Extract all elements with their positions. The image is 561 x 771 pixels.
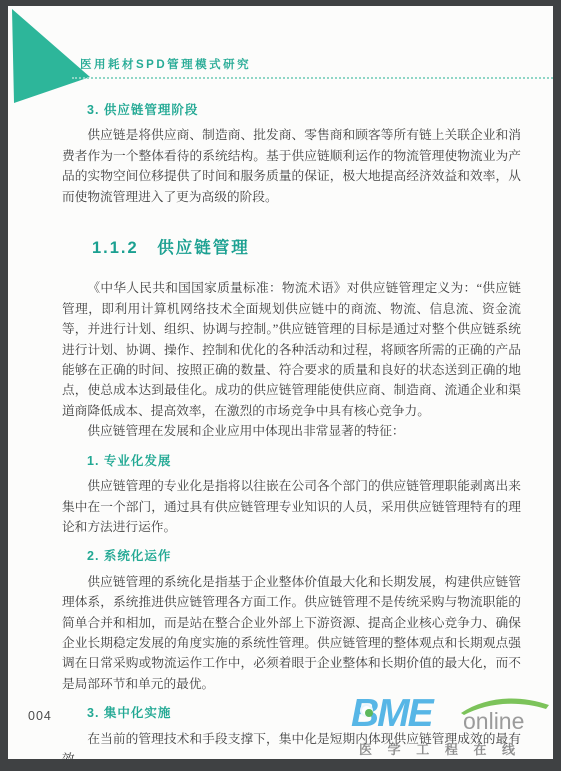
subheading-specialization: 1. 专业化发展 (62, 451, 521, 471)
online-logo-text: online (463, 709, 524, 733)
book-page: 医用耗材SPD管理模式研究 3. 供应链管理阶段 供应链是将供应商、制造商、批发… (8, 6, 553, 759)
paragraph-specialization: 供应链管理的专业化是指将以往嵌在公司各个部门的供应链管理职能剥离出来集中在一个部… (62, 476, 521, 537)
subheading-systematization: 2. 系统化运作 (62, 546, 521, 566)
running-title: 医用耗材SPD管理模式研究 (80, 56, 251, 72)
paragraph-scm-definition: 《中华人民共和国国家质量标准：物流术语》对供应链管理定义为：“供应链管理，即利用… (62, 278, 521, 421)
paragraph-supply-chain-definition: 供应链是将供应商、制造商、批发商、零售商和顾客等所有链上关联企业和消费者作为一个… (62, 125, 521, 207)
bme-online-logo: BME online (351, 699, 551, 737)
running-header: 医用耗材SPD管理模式研究 (80, 55, 553, 73)
header-dotted-rule (72, 77, 553, 79)
paragraph-features-intro: 供应链管理在发展和企业应用中体现出非常显著的特征： (62, 421, 521, 441)
paragraph-systematization: 供应链管理的系统化是指基于企业整体价值最大化和长期发展，构建供应链管理体系，系统… (62, 572, 521, 694)
page-number: 004 (28, 709, 52, 723)
bme-online-watermark: BME online 医 学 工 程 在 线 (351, 699, 551, 759)
subheading-supply-chain-stage: 3. 供应链管理阶段 (62, 100, 521, 120)
online-logo-group: online (463, 699, 547, 737)
logo-tagline: 医 学 工 程 在 线 (359, 739, 521, 758)
bme-logo-eye-icon (360, 704, 373, 717)
page-body-text: 3. 供应链管理阶段 供应链是将供应商、制造商、批发商、零售商和顾客等所有链上关… (62, 100, 521, 759)
section-heading-1-1-2: 1.1.2 供应链管理 (92, 238, 521, 258)
